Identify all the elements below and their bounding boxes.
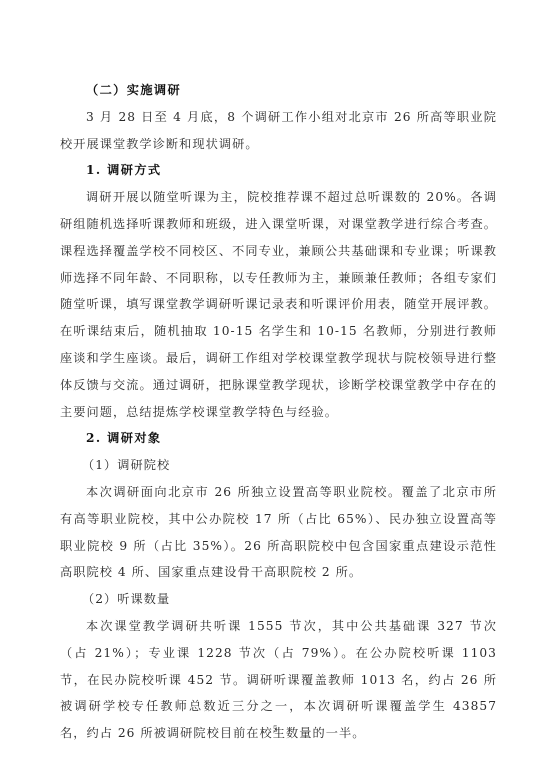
document-page: （二）实施调研 3 月 28 日至 4 月底，8 个调研工作小组对北京市 26 … <box>60 77 497 747</box>
item-1-paragraph: 本次调研面向北京市 26 所独立设置高等职业院校。覆盖了北京市所有高等职业院校，… <box>60 479 497 586</box>
subsection-1-heading: 1. 调研方式 <box>60 157 497 184</box>
item-2-heading: （2）听课数量 <box>60 586 497 613</box>
item-2-paragraph: 本次课堂教学调研共听课 1555 节次，其中公共基础课 327 节次（占 21%… <box>60 613 497 747</box>
subsection-1-paragraph: 调研开展以随堂听课为主，院校推荐课不超过总听课数的 20%。各调研组随机选择听课… <box>60 184 497 425</box>
intro-paragraph: 3 月 28 日至 4 月底，8 个调研工作小组对北京市 26 所高等职业院校开… <box>60 104 497 158</box>
section-heading: （二）实施调研 <box>60 77 497 104</box>
subsection-2-heading: 2. 调研对象 <box>60 425 497 452</box>
page-number: 5 <box>273 724 278 734</box>
item-1-heading: （1）调研院校 <box>60 452 497 479</box>
